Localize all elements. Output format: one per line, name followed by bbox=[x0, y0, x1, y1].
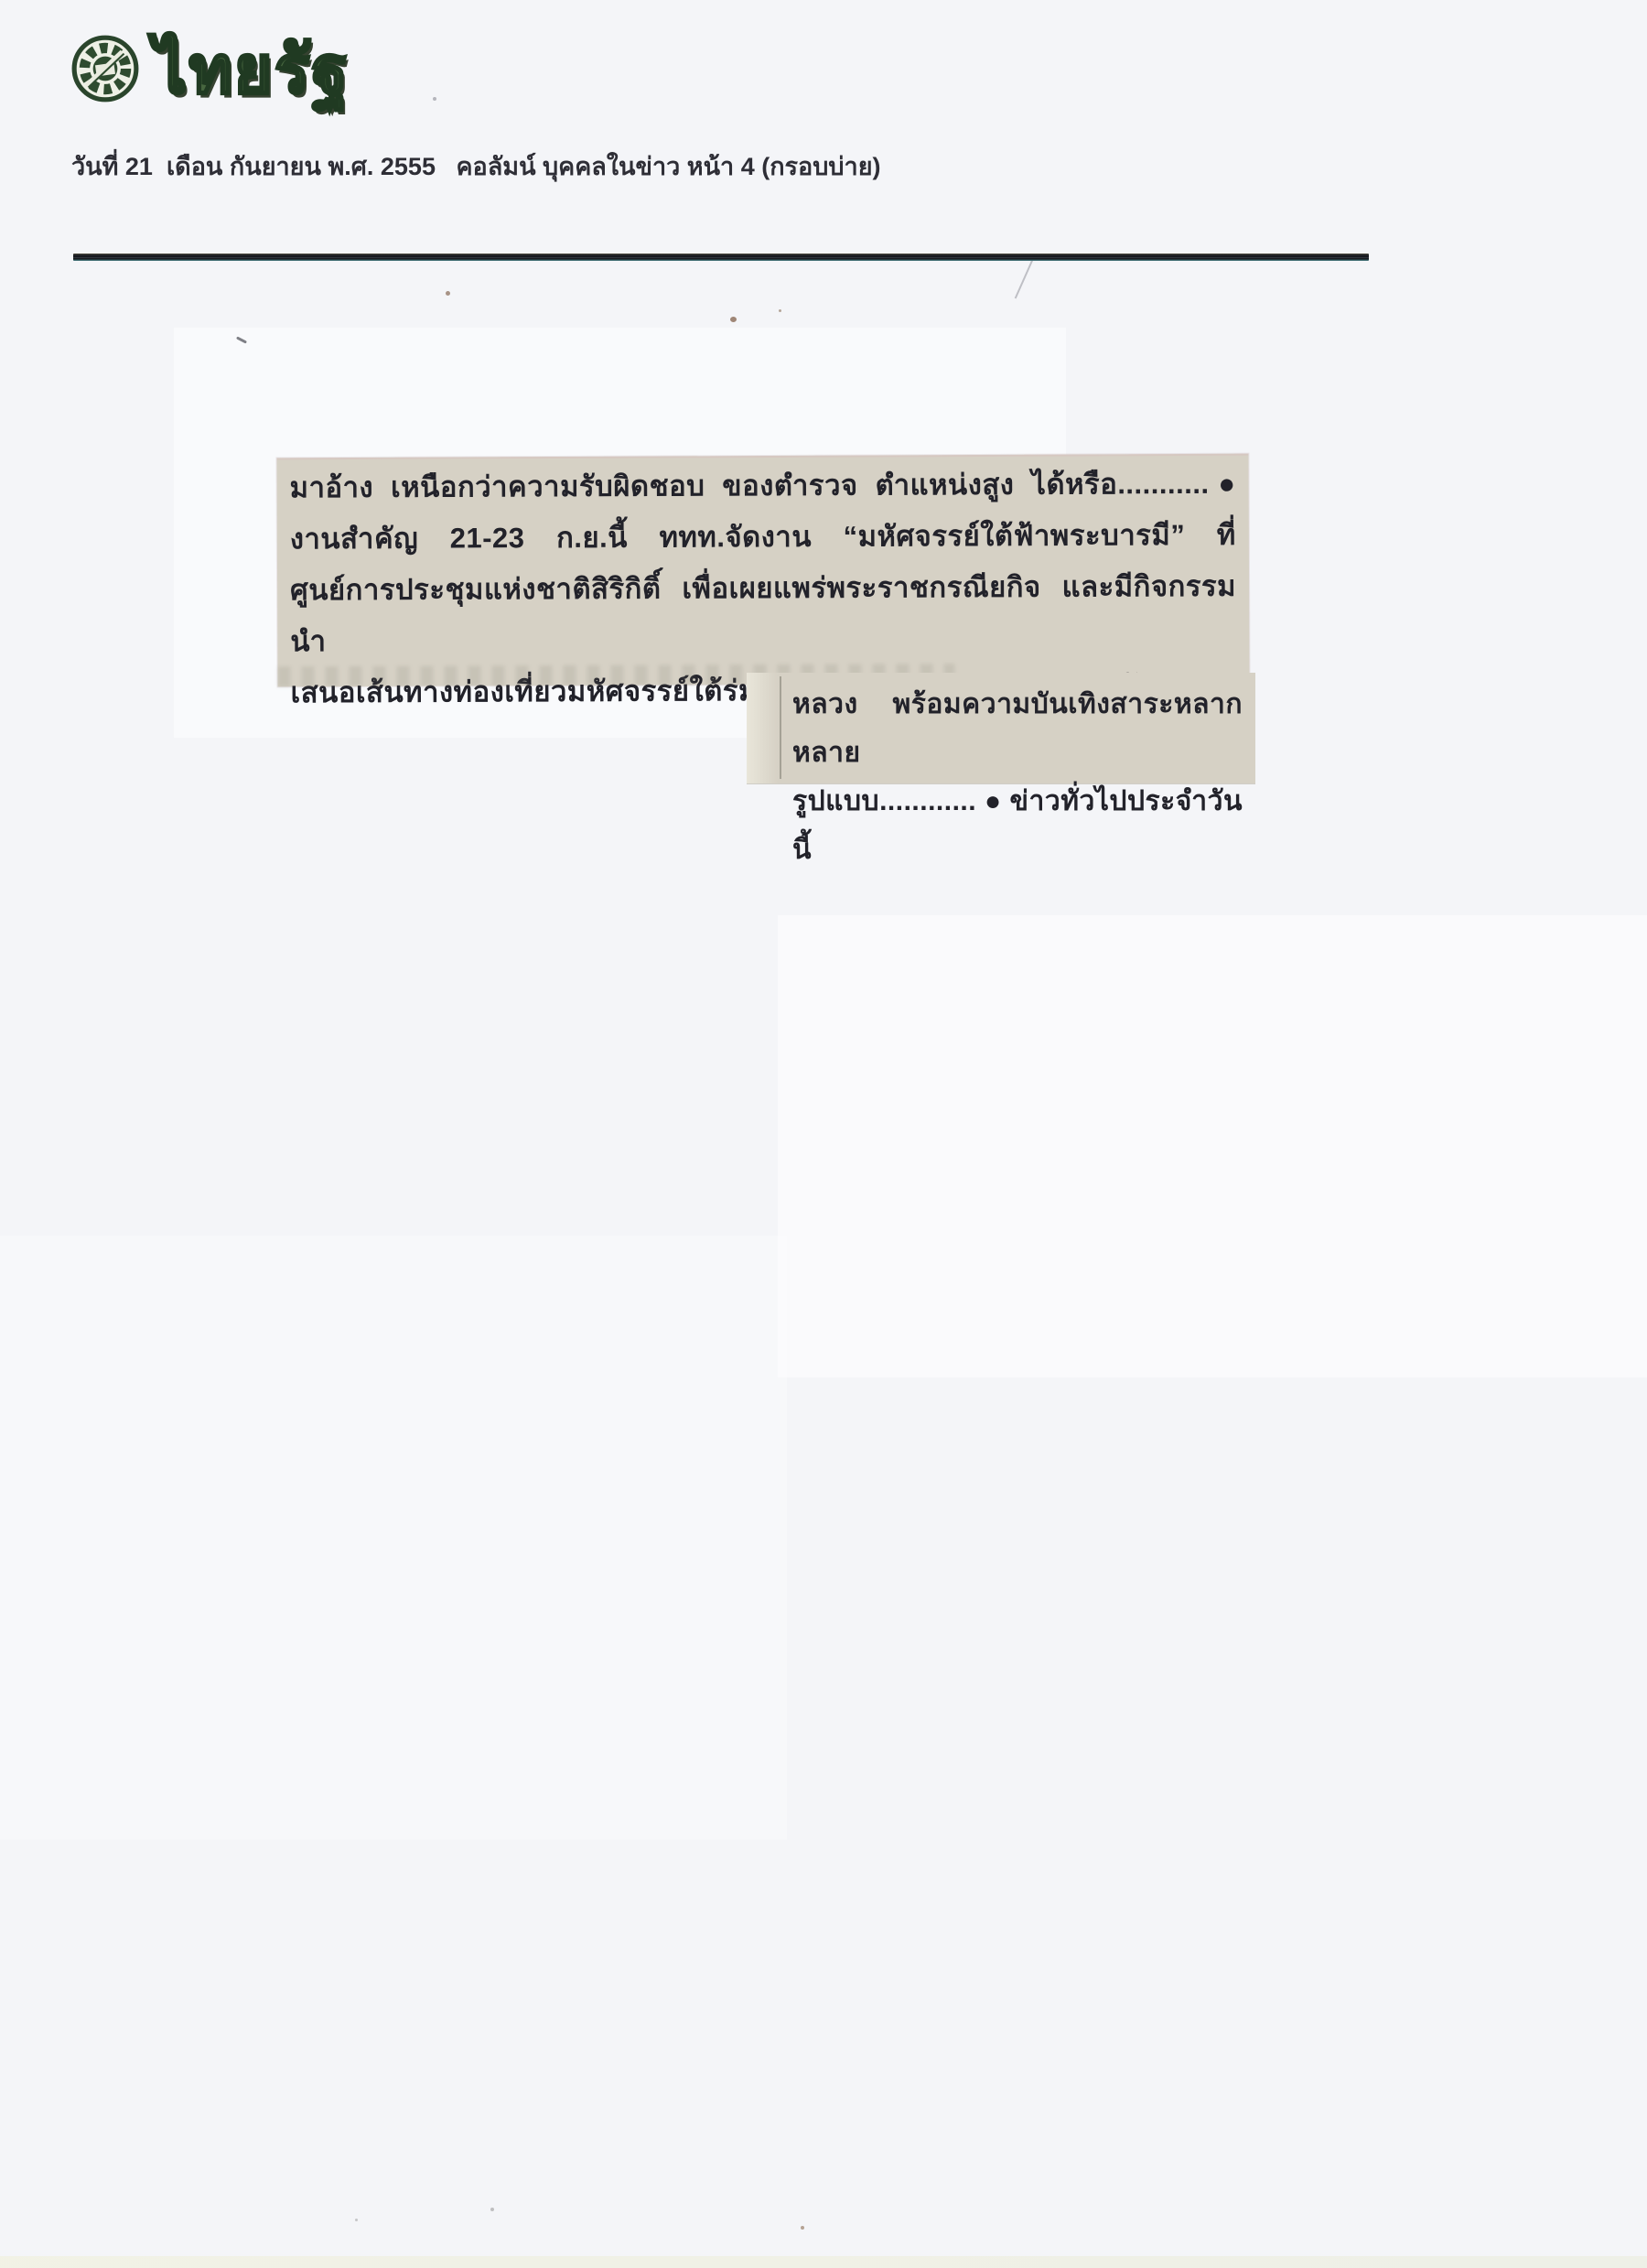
scan-bright-area-bottom-left bbox=[0, 1236, 787, 1840]
clipping-dateline: วันที่ 21 เดือน กันยายน พ.ศ. 2555 คอลัมน… bbox=[71, 146, 881, 186]
clipping-line: หลวง พร้อมความบันเทิงสาระหลากหลาย bbox=[792, 680, 1243, 777]
scanned-press-clipping-page: ไทยรัฐ วันที่ 21 เดือน กันยายน พ.ศ. 2555… bbox=[0, 0, 1647, 2268]
ink-speck bbox=[779, 309, 781, 312]
clipping-continuation-text: หลวง พร้อมความบันเทิงสาระหลากหลาย รูปแบบ… bbox=[792, 680, 1243, 874]
clipping-line: งานสำคัญ 21-23 ก.ย.นี้ ททท.จัดงาน “มหัศจ… bbox=[290, 510, 1236, 566]
ink-speck bbox=[801, 2226, 804, 2230]
ink-speck bbox=[490, 2208, 494, 2211]
ink-speck bbox=[446, 291, 450, 296]
fold-line bbox=[780, 676, 781, 779]
news-clipping-continuation: หลวง พร้อมความบันเทิงสาระหลากหลาย รูปแบบ… bbox=[747, 673, 1255, 783]
scan-scratch-line bbox=[1015, 260, 1034, 299]
scan-bright-area-right bbox=[778, 915, 1647, 1377]
ink-speck bbox=[730, 317, 737, 322]
torn-edge-highlight bbox=[747, 673, 778, 783]
news-clipping-main: มาอ้าง เหนือกว่าความรับผิดชอบ ของตำรวจ ต… bbox=[276, 454, 1249, 687]
clipping-line: มาอ้าง เหนือกว่าความรับผิดชอบ ของตำรวจ ต… bbox=[289, 459, 1235, 514]
thairath-logo-text: ไทยรัฐ bbox=[154, 16, 350, 122]
clipping-line: รูปแบบ............●ข่าวทั่วไปประจำวันนี้ bbox=[792, 777, 1243, 874]
thairath-masthead: ไทยรัฐ bbox=[70, 27, 350, 110]
scan-edge-strip bbox=[0, 2256, 1647, 2268]
header-divider-rule bbox=[73, 254, 1369, 261]
ink-speck bbox=[355, 2219, 358, 2221]
ink-speck bbox=[433, 97, 436, 101]
thairath-gear-emblem-icon bbox=[70, 33, 141, 104]
clipping-line: ศูนย์การประชุมแห่งชาติสิริกิติ์ เพื่อเผย… bbox=[290, 561, 1236, 668]
